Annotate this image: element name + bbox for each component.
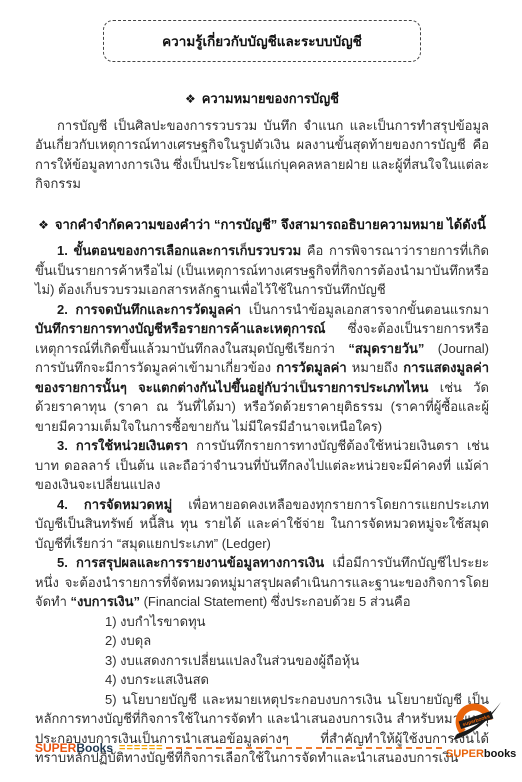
text-segment: บันทึกรายการทางบัญชีหรือรายการค้าและเหตุ…	[35, 321, 325, 336]
text-segment: “สมุดรายวัน”	[348, 341, 424, 356]
footer-equals: ======	[119, 742, 164, 754]
text-segment: “งบการเงิน”	[71, 594, 140, 609]
document-body: ❖ความหมายของการบัญชีการบัญชี เป็นศิลปะขอ…	[35, 89, 489, 768]
intro-paragraph: การบัญชี เป็นศิลปะของการรวบรวม บันทึก จำ…	[35, 116, 489, 194]
text-segment: การบัญชี เป็นศิลปะของการรวบรวม บันทึก จำ…	[35, 118, 489, 192]
superbooks-logo-wordmark: SUPERbooks	[446, 749, 510, 760]
footer-brand-super: SUPER	[35, 741, 76, 755]
text-segment: การวัดมูลค่า	[276, 360, 346, 375]
diamond-bullet-icon: ❖	[185, 92, 196, 106]
text-segment: 2) งบดุล	[105, 633, 151, 648]
heading-text: ความหมายของการบัญชี	[202, 91, 339, 106]
text-segment: เป็นการนำข้อมูลเอกสารจากขั้นตอนแรกมา	[241, 302, 489, 317]
superbooks-logo-icon: superbooks	[449, 698, 507, 744]
text-segment: 3) งบแสดงการเปลี่ยนแปลงในส่วนของผู้ถือหุ…	[105, 653, 359, 668]
statement-part-2: 2) งบดุล	[105, 631, 489, 651]
section-heading-definition: ❖จากคำจำกัดความของคำว่า “การบัญชี” จึงสา…	[35, 215, 489, 236]
footer-brand-books: Books	[76, 741, 113, 755]
section-heading-meaning: ❖ความหมายของการบัญชี	[35, 89, 489, 110]
statement-part-3: 3) งบแสดงการเปลี่ยนแปลงในส่วนของผู้ถือหุ…	[105, 651, 489, 671]
statement-part-4: 4) งบกระแสเงินสด	[105, 670, 489, 690]
text-segment: 4. การจัดหมวดหมู่	[57, 497, 172, 512]
text-segment: (Financial Statement) ซึ่งประกอบด้วย 5 ส…	[140, 594, 411, 609]
item-5: 5. การสรุปผลและการรายงานข้อมูลทางการเงิน…	[35, 553, 489, 612]
text-segment: 3. การใช้หน่วยเงินตรา	[57, 438, 188, 453]
text-segment: 4) งบกระแสเงินสด	[105, 672, 209, 687]
text-segment: หมายถึง	[347, 360, 404, 375]
heading-text: จากคำจำกัดความของคำว่า “การบัญชี” จึงสาม…	[55, 217, 486, 232]
text-segment: 2. การจดบันทึกและการวัดมูลค่า	[57, 302, 241, 317]
text-segment: 1) งบกำไรขาดทุน	[105, 614, 206, 629]
diamond-bullet-icon: ❖	[38, 218, 49, 232]
footer-dashed-divider	[166, 747, 442, 749]
document-content: ความรู้เกี่ยวกับบัญชีและระบบบัญชี ❖ความห…	[35, 20, 489, 768]
logo-text-books: books	[484, 748, 516, 760]
statement-part-5: 5) นโยบายบัญชี และหมายเหตุประกอบงบการเงิ…	[35, 690, 489, 768]
footer-rule: SUPERBooks ======	[35, 741, 442, 755]
text-segment: 5. การสรุปผลและการรายงานข้อมูลทางการเงิน	[57, 555, 324, 570]
item-3: 3. การใช้หน่วยเงินตรา การบันทึกรายการทาง…	[35, 436, 489, 495]
statement-part-1: 1) งบกำไรขาดทุน	[105, 612, 489, 632]
superbooks-logo: superbooks SUPERbooks	[446, 698, 510, 758]
page-title: ความรู้เกี่ยวกับบัญชีและระบบบัญชี	[103, 20, 421, 62]
logo-text-super: SUPER	[446, 748, 484, 760]
text-segment: 1. ขั้นตอนของการเลือกและการเก็บรวบรวม	[57, 243, 301, 258]
item-4: 4. การจัดหมวดหมู่ เพื่อหายอดคงเหลือของทุ…	[35, 495, 489, 554]
document-page: ความรู้เกี่ยวกับบัญชีและระบบบัญชี ❖ความห…	[0, 0, 522, 782]
item-2: 2. การจดบันทึกและการวัดมูลค่า เป็นการนำข…	[35, 300, 489, 437]
item-1: 1. ขั้นตอนของการเลือกและการเก็บรวบรวม คื…	[35, 241, 489, 300]
